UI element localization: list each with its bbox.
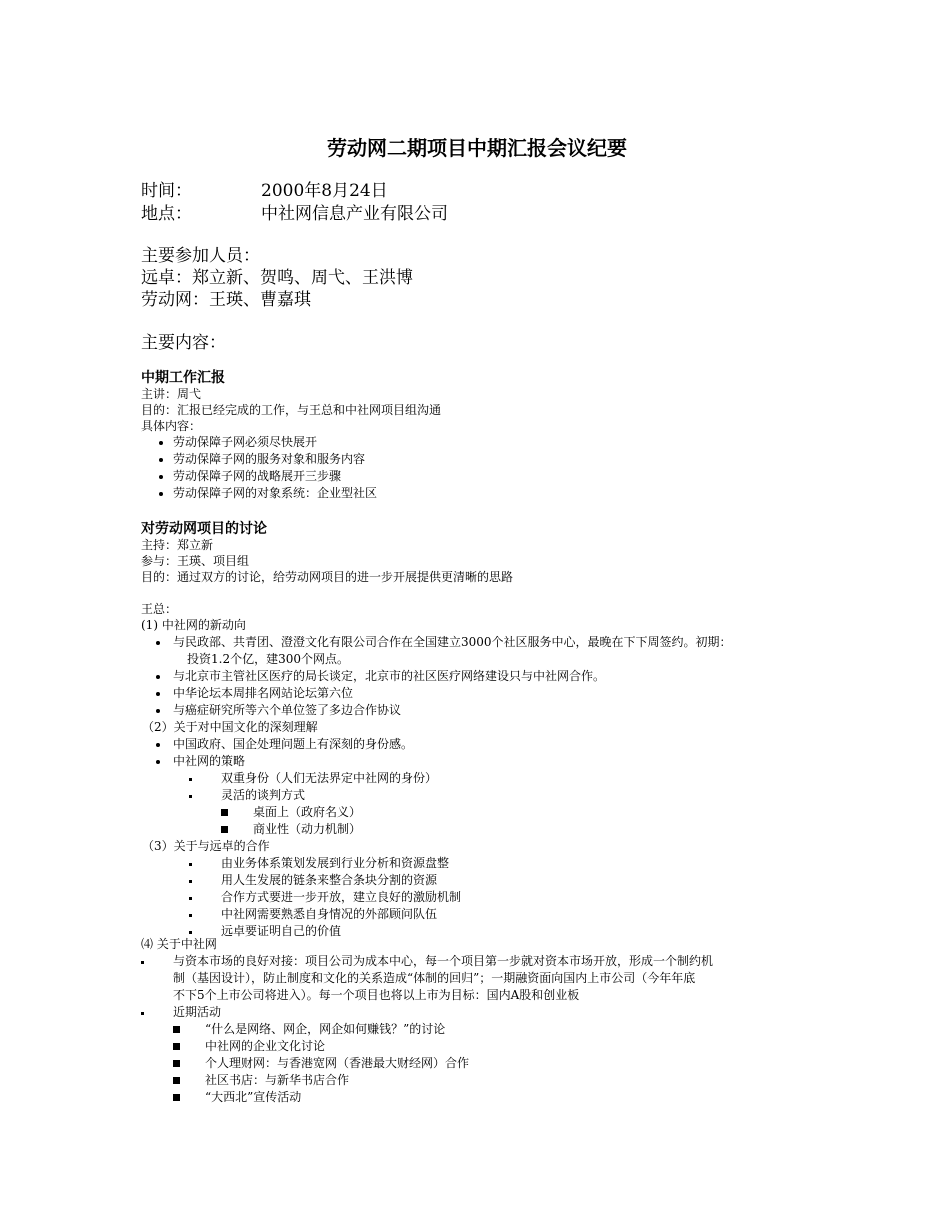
- filled-square-bullet-icon: [221, 804, 228, 821]
- list-item: 劳动保障子网的服务对象和服务内容: [173, 451, 365, 468]
- list-item-continuation: 制（基因设计），防止制度和文化的关系造成“体制的回归”；一期融资面向国内上市公司…: [173, 970, 695, 987]
- place-value: 中社网信息产业有限公司: [261, 204, 448, 224]
- list-item: 灵活的谈判方式: [221, 787, 305, 804]
- section2-purpose: 目的：通过双方的讨论，给劳动网项目的进一步开展提供更清晰的思路: [141, 569, 513, 586]
- square-bullet-icon: [189, 889, 192, 906]
- filled-square-bullet-icon: [173, 1072, 180, 1089]
- section2-heading: 对劳动网项目的讨论: [141, 520, 267, 538]
- filled-square-bullet-icon: [173, 1055, 180, 1072]
- list-item: 社区书店：与新华书店合作: [205, 1072, 349, 1089]
- list-item: 与癌症研究所等六个单位签了多边合作协议: [173, 702, 401, 719]
- list-item: 劳动保障子网的战略展开三步骤: [173, 468, 341, 485]
- list-item: 劳动保障子网必须尽快展开: [173, 434, 317, 451]
- content-heading: 主要内容：: [141, 332, 226, 354]
- bullet-icon: [156, 668, 160, 685]
- recent-activities-label: 近期活动: [173, 1004, 221, 1021]
- attendees-laodongwang: 劳动网：王瑛、曹嘉琪: [141, 289, 311, 311]
- list-item: 双重身份（人们无法界定中社网的身份）: [221, 770, 437, 787]
- document-page: 劳动网二期项目中期汇报会议纪要 时间：2000年8月24日 地点：中社网信息产业…: [0, 0, 950, 1230]
- part3-heading: （3）关于与远卓的合作: [142, 838, 270, 855]
- square-bullet-icon: [189, 906, 192, 923]
- bullet-icon: [156, 685, 160, 702]
- list-item: 中社网的企业文化讨论: [205, 1038, 325, 1055]
- bullet-icon: [159, 468, 163, 485]
- filled-square-bullet-icon: [221, 821, 228, 838]
- speaker-label: 王总：: [141, 601, 177, 618]
- bullet-icon: [156, 702, 160, 719]
- list-item-continuation: 投资1.2个亿，建300个网点。: [187, 651, 349, 668]
- list-item: 与资本市场的良好对接：项目公司为成本中心，每一个项目第一步就对资本市场开放，形成…: [173, 953, 713, 970]
- bullet-icon: [156, 634, 160, 651]
- square-bullet-icon: [141, 1004, 144, 1021]
- list-item: 劳动保障子网的对象系统：企业型社区: [173, 485, 377, 502]
- list-item-continuation: 不下5个上市公司将进入）。每一个项目也将以上市为目标：国内A股和创业板: [173, 987, 579, 1004]
- list-item: 商业性（动力机制）: [253, 821, 361, 838]
- list-item: 由业务体系策划发展到行业分析和资源盘整: [221, 855, 449, 872]
- section1-speaker: 主讲：周弋: [141, 386, 201, 403]
- time-label: 时间：: [141, 180, 261, 202]
- bullet-icon: [159, 485, 163, 502]
- title-text: 劳动网二期项目中期汇报会议纪要: [327, 136, 627, 160]
- bullet-icon: [156, 736, 160, 753]
- list-item: 中社网需要熟悉自身情况的外部顾问队伍: [221, 906, 437, 923]
- list-item: 中社网的策略: [173, 753, 245, 770]
- part2-heading: （2）关于对中国文化的深刻理解: [142, 719, 318, 736]
- list-item: 中华论坛本周排名网站论坛第六位: [173, 685, 353, 702]
- square-bullet-icon: [141, 953, 144, 970]
- filled-square-bullet-icon: [173, 1089, 180, 1106]
- filled-square-bullet-icon: [173, 1038, 180, 1055]
- part4-heading: ⑷ 关于中社网: [141, 936, 217, 953]
- square-bullet-icon: [189, 855, 192, 872]
- time-value: 2000年8月24日: [261, 181, 388, 201]
- square-bullet-icon: [189, 872, 192, 889]
- bullet-icon: [159, 434, 163, 451]
- attendees-yuanzhuo: 远卓：郑立新、贺鸣、周弋、王洪博: [141, 267, 413, 289]
- list-item: 与北京市主管社区医疗的局长谈定，北京市的社区医疗网络建设只与中社网合作。: [173, 668, 605, 685]
- list-item: “什么是网络、网企，网企如何赚钱？”的讨论: [205, 1021, 445, 1038]
- section1-purpose: 目的：汇报已经完成的工作，与王总和中社网项目组沟通: [141, 402, 441, 419]
- filled-square-bullet-icon: [173, 1021, 180, 1038]
- attendees-heading: 主要参加人员：: [141, 245, 260, 267]
- section1-heading: 中期工作汇报: [141, 369, 225, 387]
- place-label: 地点：: [141, 203, 261, 225]
- square-bullet-icon: [189, 770, 192, 787]
- part1-heading: (1) 中社网的新动向: [141, 617, 246, 634]
- section2-participants: 参与：王瑛、项目组: [141, 553, 249, 570]
- square-bullet-icon: [189, 787, 192, 804]
- meta-place: 地点：中社网信息产业有限公司: [141, 203, 448, 225]
- document-title: 劳动网二期项目中期汇报会议纪要: [0, 135, 950, 161]
- bullet-icon: [159, 451, 163, 468]
- list-item: 远卓要证明自己的价值: [221, 923, 341, 940]
- section1-details-label: 具体内容：: [141, 418, 201, 435]
- list-item: 与民政部、共青团、澄澄文化有限公司合作在全国建立3000个社区服务中心，最晚在下…: [173, 634, 732, 651]
- section2-host: 主持：郑立新: [141, 537, 213, 554]
- list-item: 个人理财网：与香港宽网（香港最大财经网）合作: [205, 1055, 469, 1072]
- list-item: “大西北”宣传活动: [205, 1089, 301, 1106]
- list-item: 桌面上（政府名义）: [253, 804, 361, 821]
- list-item: 中国政府、国企处理问题上有深刻的身份感。: [173, 736, 413, 753]
- meta-time: 时间：2000年8月24日: [141, 180, 388, 202]
- list-item: 合作方式要进一步开放，建立良好的激励机制: [221, 889, 461, 906]
- list-item: 用人生发展的链条来整合条块分割的资源: [221, 872, 437, 889]
- bullet-icon: [156, 753, 160, 770]
